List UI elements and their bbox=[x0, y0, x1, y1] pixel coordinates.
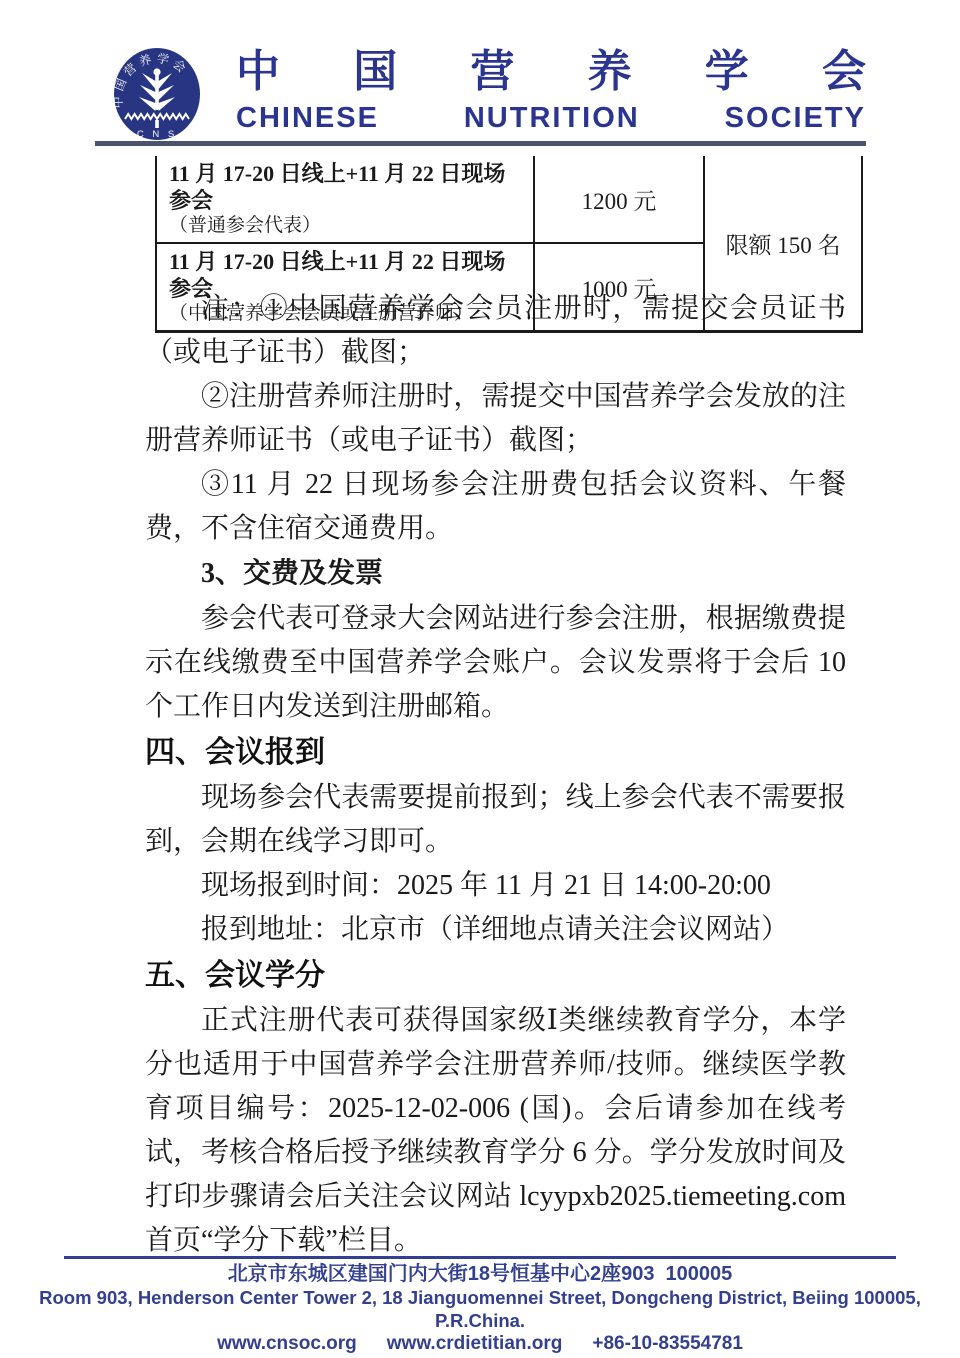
para-credits: 正式注册代表可获得国家级Ⅰ类继续教育学分，本学分也适用于中国营养学会注册营养师/… bbox=[145, 999, 846, 1263]
body-text: 注：①中国营养学会会员注册时，需提交会员证书（或电子证书）截图； ②注册营养师注… bbox=[145, 287, 846, 1263]
fee-option-sub: （普通参会代表） bbox=[169, 214, 525, 238]
fee-option-main: 11 月 17-20 日线上+11 月 22 日现场参会 bbox=[169, 160, 525, 214]
footer-rule bbox=[64, 1256, 896, 1259]
fee-price: 1200 元 bbox=[534, 156, 704, 243]
header-double-rule bbox=[95, 141, 866, 146]
checkin-address-line: 报到地址：北京市（详细地点请关注会议网站） bbox=[145, 908, 846, 952]
footer-phone: +86-10-83554781 bbox=[592, 1332, 743, 1355]
cns-logo: 中国营养学会 C N S bbox=[112, 46, 202, 142]
heading-credits: 五、会议学分 bbox=[145, 953, 846, 999]
header: 中国营养学会 C N S 中 国 营 养 学 bbox=[112, 46, 866, 142]
header-text: 中 国 营 养 学 会 CHINESE NUTRITION SOCIETY bbox=[236, 46, 866, 133]
fee-option-cell: 11 月 17-20 日线上+11 月 22 日现场参会 （普通参会代表） bbox=[156, 156, 534, 243]
heading-checkin: 四、会议报到 bbox=[145, 730, 846, 776]
title-char: 会 bbox=[822, 50, 866, 94]
title-char: 学 bbox=[705, 50, 749, 94]
footer: 北京市东城区建国门内大街18号恒基中心2座903 100005 Room 903… bbox=[0, 1263, 960, 1355]
para-checkin: 现场参会代表需要提前报到；线上参会代表不需要报到，会期在线学习即可。 bbox=[145, 776, 846, 864]
checkin-time-line: 现场报到时间：2025 年 11 月 21 日 14:00-20:00 bbox=[145, 864, 846, 908]
footer-address-en: Room 903, Henderson Center Tower 2, 18 J… bbox=[0, 1286, 960, 1332]
footer-contacts: www.cnsoc.org www.crdietitian.org +86-10… bbox=[0, 1332, 960, 1355]
subtitle-word: CHINESE bbox=[236, 104, 379, 133]
footer-website-crdietitian: www.crdietitian.org bbox=[387, 1332, 563, 1355]
logo-cns-text: C N S bbox=[137, 129, 177, 140]
logo-stem-base bbox=[155, 120, 159, 128]
note-member-cert: 注：①中国营养学会会员注册时，需提交会员证书（或电子证书）截图； bbox=[145, 287, 846, 375]
title-char: 养 bbox=[588, 50, 632, 94]
org-title-en: CHINESE NUTRITION SOCIETY bbox=[236, 104, 866, 133]
title-char: 营 bbox=[470, 50, 514, 94]
document-page: 中国营养学会 C N S 中 国 营 养 学 bbox=[0, 0, 960, 1358]
para-payment: 参会代表可登录大会网站进行参会注册，根据缴费提示在线缴费至中国营养学会账户。会议… bbox=[145, 597, 846, 729]
title-char: 国 bbox=[353, 50, 397, 94]
title-char: 中 bbox=[236, 50, 280, 94]
fee-row-regular: 11 月 17-20 日线上+11 月 22 日现场参会 （普通参会代表） 12… bbox=[156, 156, 862, 243]
note-dietitian-cert: ②注册营养师注册时，需提交中国营养学会发放的注册营养师证书（或电子证书）截图； bbox=[145, 375, 846, 463]
org-title-cn: 中 国 营 养 学 会 bbox=[236, 50, 866, 94]
footer-website-cnsoc: www.cnsoc.org bbox=[217, 1332, 357, 1355]
heading-payment-invoice: 3、交费及发票 bbox=[145, 552, 846, 596]
subtitle-word: SOCIETY bbox=[725, 104, 866, 133]
footer-address-cn: 北京市东城区建国门内大街18号恒基中心2座903 100005 bbox=[0, 1263, 960, 1286]
subtitle-word: NUTRITION bbox=[464, 104, 640, 133]
note-onsite-fee: ③11 月 22 日现场参会注册费包括会议资料、午餐费，不含住宿交通费用。 bbox=[145, 463, 846, 551]
